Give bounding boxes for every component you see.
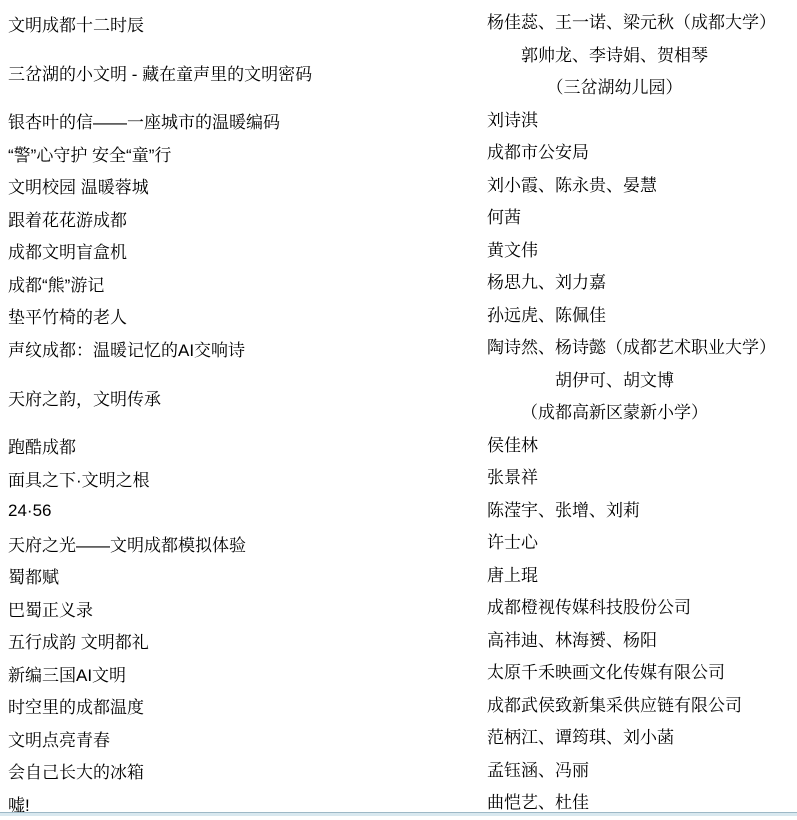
author-line: 范柄江、谭筠琪、刘小菡 <box>487 722 789 755</box>
work-authors: 杨思九、刘力嘉 <box>440 267 797 300</box>
work-title: 时空里的成都温度 <box>0 690 440 723</box>
table-row: 垫平竹椅的老人 孙远虎、陈佩佳 <box>0 300 797 333</box>
work-title: 垫平竹椅的老人 <box>0 300 440 333</box>
table-row: 三岔湖的小文明 - 藏在童声里的文明密码 郭帅龙、李诗娟、贺相琴（三岔湖幼儿园） <box>0 40 797 105</box>
author-line: 唐上琨 <box>487 560 789 593</box>
work-title: 会自己长大的冰箱 <box>0 755 440 788</box>
work-authors: 刘小霞、陈永贵、晏慧 <box>440 170 797 203</box>
author-line: 陶诗然、杨诗懿（成都艺术职业大学） <box>487 332 789 365</box>
work-title: 跟着花花游成都 <box>0 202 440 235</box>
work-authors: 成都橙视传媒科技股份公司 <box>440 592 797 625</box>
table-row: 巴蜀正义录 成都橙视传媒科技股份公司 <box>0 592 797 625</box>
table-row: 成都文明盲盒机 黄文伟 <box>0 235 797 268</box>
bottom-border <box>0 812 797 816</box>
author-line: 黄文伟 <box>487 235 789 268</box>
table-row: 声纹成都：温暖记忆的AI交响诗 陶诗然、杨诗懿（成都艺术职业大学） <box>0 332 797 365</box>
work-authors: 侯佳林 <box>440 430 797 463</box>
author-line: 何茜 <box>487 202 789 235</box>
work-title: 成都“熊”游记 <box>0 267 440 300</box>
author-line: （三岔湖幼儿园） <box>440 72 789 105</box>
author-line: 孟钰涵、冯丽 <box>487 755 789 788</box>
table-row: 银杏叶的信——一座城市的温暖编码 刘诗淇 <box>0 105 797 138</box>
author-line: 刘诗淇 <box>487 105 789 138</box>
work-authors: 黄文伟 <box>440 235 797 268</box>
work-title: 成都文明盲盒机 <box>0 235 440 268</box>
work-title: 巴蜀正义录 <box>0 592 440 625</box>
author-line: 高祎迪、林海赟、杨阳 <box>487 625 789 658</box>
author-line: 成都橙视传媒科技股份公司 <box>487 592 789 625</box>
author-line: 张景祥 <box>487 462 789 495</box>
author-line: 成都武侯致新集采供应链有限公司 <box>487 690 789 723</box>
work-authors: 胡伊可、胡文博（成都高新区蒙新小学） <box>440 365 797 430</box>
work-authors: 高祎迪、林海赟、杨阳 <box>440 625 797 658</box>
table-row: 天府之韵，文明传承 胡伊可、胡文博（成都高新区蒙新小学） <box>0 365 797 430</box>
author-line: 胡伊可、胡文博 <box>440 365 789 398</box>
table-row: 天府之光——文明成都模拟体验 许士心 <box>0 527 797 560</box>
work-authors: 刘诗淇 <box>440 105 797 138</box>
work-authors: 陶诗然、杨诗懿（成都艺术职业大学） <box>440 332 797 365</box>
table-row: 蜀都赋 唐上琨 <box>0 560 797 593</box>
work-title: 蜀都赋 <box>0 560 440 593</box>
work-authors: 许士心 <box>440 527 797 560</box>
work-title: 银杏叶的信——一座城市的温暖编码 <box>0 105 440 138</box>
table-row: 新编三国AI文明 太原千禾映画文化传媒有限公司 <box>0 657 797 690</box>
table-row: 面具之下·文明之根 张景祥 <box>0 462 797 495</box>
table-row: 文明校园 温暖蓉城 刘小霞、陈永贵、晏慧 <box>0 170 797 203</box>
table-row: 跑酷成都 侯佳林 <box>0 430 797 463</box>
document-page: 文明成都十二时辰 杨佳蕊、王一诺、梁元秋（成都大学） 三岔湖的小文明 - 藏在童… <box>0 0 797 820</box>
author-line: 杨佳蕊、王一诺、梁元秋（成都大学） <box>487 7 789 40</box>
work-authors: 陈滢宇、张增、刘莉 <box>440 495 797 528</box>
table-row: 文明点亮青春 范柄江、谭筠琪、刘小菡 <box>0 722 797 755</box>
table-row: 跟着花花游成都 何茜 <box>0 202 797 235</box>
table-row: 文明成都十二时辰 杨佳蕊、王一诺、梁元秋（成都大学） <box>0 7 797 40</box>
author-line: 成都市公安局 <box>487 137 789 170</box>
work-title: 文明成都十二时辰 <box>0 7 440 40</box>
author-line: 太原千禾映画文化传媒有限公司 <box>487 657 789 690</box>
work-title: 文明校园 温暖蓉城 <box>0 170 440 203</box>
author-line: 许士心 <box>487 527 789 560</box>
work-title: 天府之韵，文明传承 <box>0 365 440 430</box>
work-title: 五行成韵 文明都礼 <box>0 625 440 658</box>
work-title: 跑酷成都 <box>0 430 440 463</box>
author-line: 杨思九、刘力嘉 <box>487 267 789 300</box>
table-row: 时空里的成都温度 成都武侯致新集采供应链有限公司 <box>0 690 797 723</box>
work-authors: 唐上琨 <box>440 560 797 593</box>
work-authors: 张景祥 <box>440 462 797 495</box>
author-line: （成都高新区蒙新小学） <box>440 397 789 430</box>
work-title: 三岔湖的小文明 - 藏在童声里的文明密码 <box>0 40 440 105</box>
table-row: “警”心守护 安全“童”行 成都市公安局 <box>0 137 797 170</box>
work-title: “警”心守护 安全“童”行 <box>0 137 440 170</box>
table-row: 24·56 陈滢宇、张增、刘莉 <box>0 495 797 528</box>
work-title: 文明点亮青春 <box>0 722 440 755</box>
work-authors: 太原千禾映画文化传媒有限公司 <box>440 657 797 690</box>
work-title: 新编三国AI文明 <box>0 657 440 690</box>
work-title: 面具之下·文明之根 <box>0 462 440 495</box>
author-line: 陈滢宇、张增、刘莉 <box>487 495 789 528</box>
work-title: 声纹成都：温暖记忆的AI交响诗 <box>0 332 440 365</box>
author-line: 郭帅龙、李诗娟、贺相琴 <box>440 40 789 73</box>
author-line: 孙远虎、陈佩佳 <box>487 300 789 333</box>
works-authors-table: 文明成都十二时辰 杨佳蕊、王一诺、梁元秋（成都大学） 三岔湖的小文明 - 藏在童… <box>0 0 797 820</box>
work-authors: 何茜 <box>440 202 797 235</box>
work-authors: 成都武侯致新集采供应链有限公司 <box>440 690 797 723</box>
work-authors: 孙远虎、陈佩佳 <box>440 300 797 333</box>
table-row: 成都“熊”游记 杨思九、刘力嘉 <box>0 267 797 300</box>
work-authors: 孟钰涵、冯丽 <box>440 755 797 788</box>
work-title: 天府之光——文明成都模拟体验 <box>0 527 440 560</box>
work-authors: 郭帅龙、李诗娟、贺相琴（三岔湖幼儿园） <box>440 40 797 105</box>
author-line: 侯佳林 <box>487 430 789 463</box>
table-row: 五行成韵 文明都礼 高祎迪、林海赟、杨阳 <box>0 625 797 658</box>
table-row: 会自己长大的冰箱 孟钰涵、冯丽 <box>0 755 797 788</box>
author-line: 刘小霞、陈永贵、晏慧 <box>487 170 789 203</box>
work-authors: 成都市公安局 <box>440 137 797 170</box>
work-title: 24·56 <box>0 495 440 528</box>
work-authors: 杨佳蕊、王一诺、梁元秋（成都大学） <box>440 7 797 40</box>
work-authors: 范柄江、谭筠琪、刘小菡 <box>440 722 797 755</box>
